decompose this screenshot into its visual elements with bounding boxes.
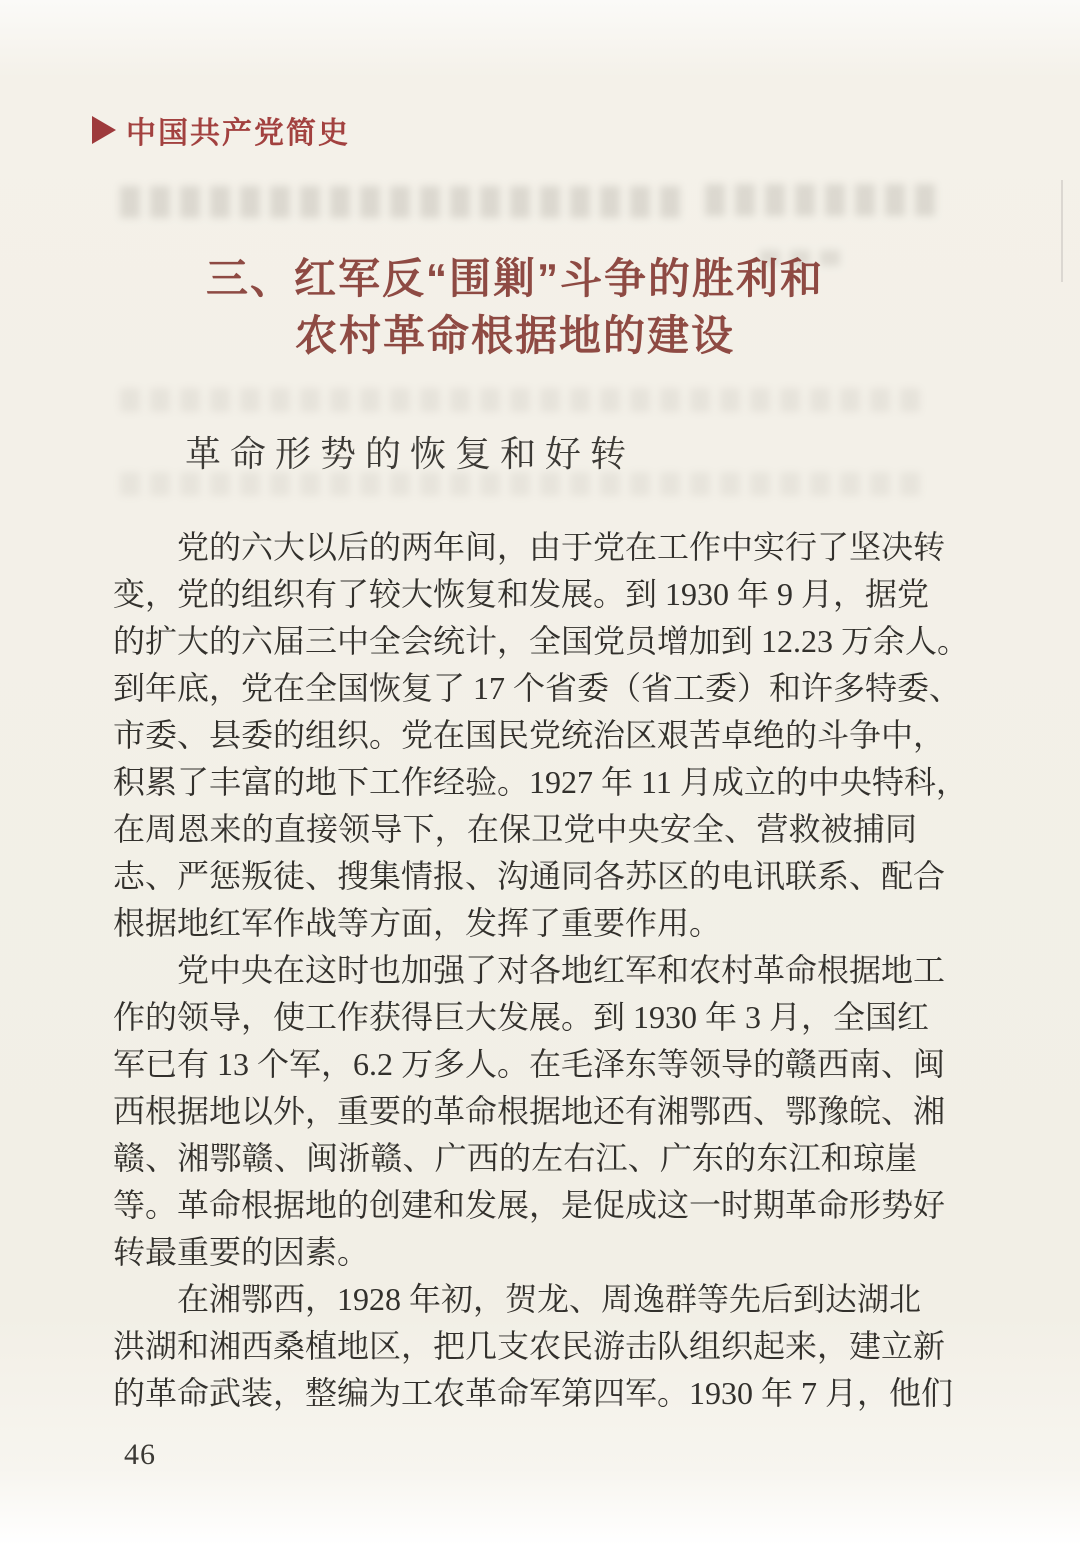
body-line: 转最重要的因素。 xyxy=(113,1229,917,1276)
chapter-title: 三、红军反“围剿”斗争的胜利和 农村革命根据地的建设 xyxy=(113,250,917,364)
book-page: 中国共产党简史 三、红军反“围剿”斗争的胜利和 农村革命根据地的建设 革命形势的… xyxy=(0,0,1080,1546)
body-line: 在湘鄂西，1928 年初，贺龙、周逸群等先后到达湖北 xyxy=(113,1276,917,1323)
bleed-through-artifact xyxy=(705,184,940,216)
body-text: 党的六大以后的两年间，由于党在工作中实行了坚决转变，党的组织有了较大恢复和发展。… xyxy=(113,524,917,1417)
body-line: 西根据地以外，重要的革命根据地还有湘鄂西、鄂豫皖、湘 xyxy=(113,1088,917,1135)
chapter-title-line2: 农村革命根据地的建设 xyxy=(113,307,917,364)
body-line: 在周恩来的直接领导下，在保卫党中央安全、营救被捕同 xyxy=(113,806,917,853)
book-title: 中国共产党简史 xyxy=(126,108,350,152)
bleed-through-artifact xyxy=(120,388,930,412)
body-line: 的革命武装，整编为工农革命军第四军。1930 年 7 月，他们 xyxy=(113,1370,917,1417)
body-line: 军已有 13 个军，6.2 万多人。在毛泽东等领导的赣西南、闽 xyxy=(113,1041,917,1088)
body-line: 到年底，党在全国恢复了 17 个省委（省工委）和许多特委、 xyxy=(113,665,917,712)
body-line: 洪湖和湘西桑植地区，把几支农民游击队组织起来，建立新 xyxy=(113,1323,917,1370)
bleed-through-artifact xyxy=(120,186,680,218)
page-number: 46 xyxy=(124,1438,156,1472)
body-line: 党中央在这时也加强了对各地红军和农村革命根据地工 xyxy=(113,947,917,994)
body-line: 作的领导，使工作获得巨大发展。到 1930 年 3 月，全国红 xyxy=(113,994,917,1041)
body-line: 赣、湘鄂赣、闽浙赣、广西的左右江、广东的东江和琼崖 xyxy=(113,1135,917,1182)
triangle-arrow-icon xyxy=(92,116,116,144)
body-line: 的扩大的六届三中全会统计，全国党员增加到 12.23 万余人。 xyxy=(113,618,917,665)
body-line: 变，党的组织有了较大恢复和发展。到 1930 年 9 月，据党 xyxy=(113,571,917,618)
running-header: 中国共产党简史 xyxy=(92,108,350,152)
scan-edge-artifact xyxy=(1061,180,1063,282)
body-line: 志、严惩叛徒、搜集情报、沟通同各苏区的电讯联系、配合 xyxy=(113,853,917,900)
body-line: 党的六大以后的两年间，由于党在工作中实行了坚决转 xyxy=(113,524,917,571)
body-line: 根据地红军作战等方面，发挥了重要作用。 xyxy=(113,900,917,947)
body-line: 市委、县委的组织。党在国民党统治区艰苦卓绝的斗争中， xyxy=(113,712,917,759)
body-line: 等。革命根据地的创建和发展，是促成这一时期革命形势好 xyxy=(113,1182,917,1229)
body-line: 积累了丰富的地下工作经验。1927 年 11 月成立的中央特科， xyxy=(113,759,917,806)
section-heading: 革命形势的恢复和好转 xyxy=(185,426,635,477)
chapter-title-line1: 三、红军反“围剿”斗争的胜利和 xyxy=(113,250,917,307)
